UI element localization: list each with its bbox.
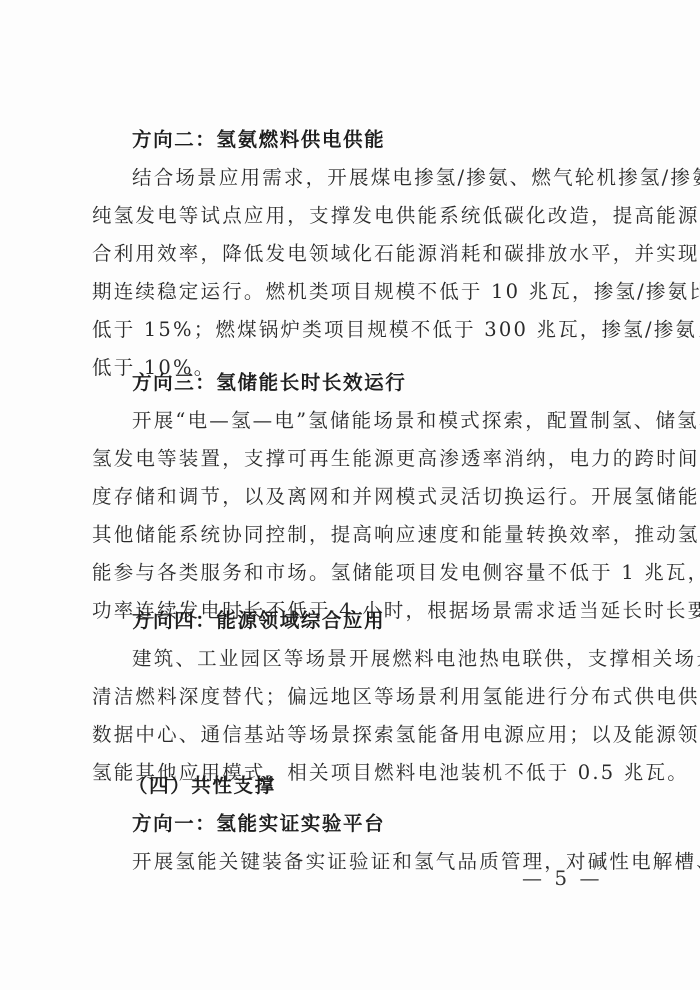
paragraph-line: 氢发电等装置，支撑可再生能源更高渗透率消纳，电力的跨时间尺 — [92, 444, 700, 474]
paragraph-line: 低于 15%；燃煤锅炉类项目规模不低于 300 兆瓦，掺氢/掺氨比例不 — [92, 315, 700, 345]
paragraph-line: 期连续稳定运行。燃机类项目规模不低于 10 兆瓦，掺氢/掺氨比例不 — [92, 277, 700, 307]
paragraph-line: 结合场景应用需求，开展煤电掺氢/掺氨、燃气轮机掺氢/掺氨/ — [132, 163, 700, 193]
paragraph-line: 合利用效率，降低发电领域化石能源消耗和碳排放水平，并实现长 — [92, 239, 700, 269]
paragraph-line: 清洁燃料深度替代；偏远地区等场景利用氢能进行分布式供电供能； — [92, 682, 700, 712]
document-page: 方向二：氢氨燃料供电供能 结合场景应用需求，开展煤电掺氢/掺氨、燃气轮机掺氢/掺… — [0, 0, 700, 990]
heading-direction-4: 方向四：能源领域综合应用 — [132, 606, 700, 636]
heading-direction-2: 方向二：氢氨燃料供电供能 — [132, 125, 700, 155]
paragraph-line: 数据中心、通信基站等场景探索氢能备用电源应用；以及能源领域 — [92, 720, 700, 750]
heading-section-4: （四）共性支撑 — [128, 771, 700, 801]
paragraph-line: 纯氢发电等试点应用，支撑发电供能系统低碳化改造，提高能源综 — [92, 201, 700, 231]
paragraph-line: 度存储和调节，以及离网和并网模式灵活切换运行。开展氢储能与 — [92, 482, 700, 512]
paragraph-line: 能参与各类服务和市场。氢储能项目发电侧容量不低于 1 兆瓦，满 — [92, 558, 700, 588]
paragraph-line: 开展氢能关键装备实证验证和氢气品质管理，对碱性电解槽、 — [132, 847, 700, 877]
paragraph-line: 开展“电—氢—电”氢储能场景和模式探索，配置制氢、储氢、 — [132, 406, 700, 436]
heading-direction-3: 方向三：氢储能长时长效运行 — [132, 368, 700, 398]
page-number: — 5 — — [522, 866, 602, 890]
heading-direction-1: 方向一：氢能实证实验平台 — [132, 809, 700, 839]
paragraph-line: 建筑、工业园区等场景开展燃料电池热电联供，支撑相关场景 — [132, 644, 700, 674]
paragraph-line: 其他储能系统协同控制，提高响应速度和能量转换效率，推动氢储 — [92, 520, 700, 550]
